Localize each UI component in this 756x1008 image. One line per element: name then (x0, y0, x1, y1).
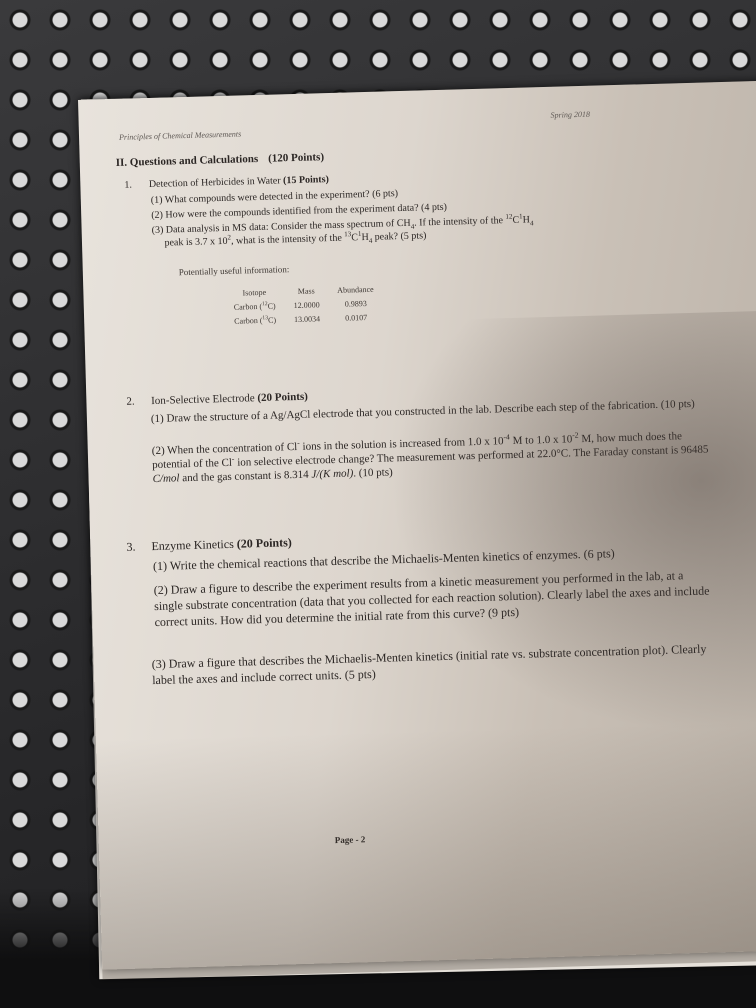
question-2-heading: 2. Ion-Selective Electrode (20 Points) (126, 390, 308, 409)
question-3-part-2: (2) Draw a figure to describe the experi… (153, 566, 714, 630)
useful-info-label: Potentially useful information: (179, 264, 290, 277)
section-title: II. Questions and Calculations(120 Point… (116, 151, 325, 169)
table-row: Carbon (13C) 13.0034 0.0107 (234, 311, 393, 329)
term-header: Spring 2018 (550, 110, 590, 120)
lower-shadow (96, 720, 756, 979)
question-3-heading: 3. Enzyme Kinetics (20 Points) (126, 534, 292, 555)
isotope-table: Isotope Mass Abundance Carbon (12C) 12.0… (233, 283, 392, 329)
exam-page: Principles of Chemical Measurements Spri… (78, 80, 756, 969)
page-number: Page - 2 (335, 834, 366, 845)
course-header: Principles of Chemical Measurements (119, 129, 241, 141)
question-2-part-2: (2) When the concentration of Cl- ions i… (152, 428, 713, 486)
question-3-part-3: (3) Draw a figure that describes the Mic… (152, 641, 713, 689)
